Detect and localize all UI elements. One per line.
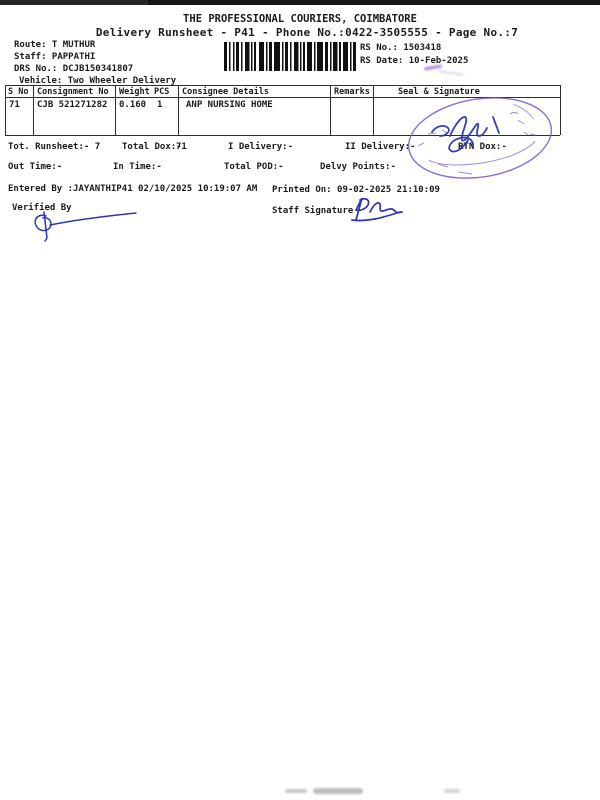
cell-consignment-no: CJB 521271282 [37,100,107,110]
delivery-runsheet-document: THE PROFESSIONAL COURIERS, COIMBATORE De… [0,0,600,800]
staff-signature-label: Staff Signature [272,206,353,216]
total-runsheet: Tot. Runsheet:- 7 [8,142,100,152]
total-dox-label: Total Dox:- [122,142,182,152]
barcode-icon [224,42,356,71]
page-title: THE PROFESSIONAL COURIERS, COIMBATORE [0,13,600,25]
i-delivery: I Delivery:- [228,142,293,152]
out-time: Out Time:- [8,162,62,172]
in-time: In Time:- [113,162,162,172]
table-border-v1 [5,85,6,135]
total-pod: Total POD:- [224,162,284,172]
table-border-v6 [373,85,374,135]
seal-stamp [398,92,562,188]
cell-sno: 71 [9,100,20,110]
table-border-v2 [33,85,34,135]
table-border-v4 [178,85,179,135]
cell-consignee: ANP NURSING HOME [186,100,273,110]
scan-edge-bar [0,0,600,5]
scan-smudge-2 [313,788,363,794]
drs-no-field: DRS No.: DCJB150341807 [14,64,133,74]
printed-on-field: Printed On: 09-02-2025 21:10:09 [272,185,440,195]
table-border-v3 [115,85,116,135]
staff-signature-mark [350,196,404,224]
scan-smudge-3 [444,789,460,793]
table-border-v5 [330,85,331,135]
entered-by-field: Entered By :JAYANTHIP41 02/10/2025 10:19… [8,184,257,194]
page-subtitle: Delivery Runsheet - P41 - Phone No.:0422… [0,26,600,39]
scan-smudge-1 [285,789,307,793]
col-header-sno: S No [8,87,28,97]
ink-smudge-faint [438,70,464,76]
rs-no-field: RS No.: 1503418 [360,43,441,53]
staff-field: Staff: PAPPATHI [14,52,95,62]
route-field: Route: T MUTHUR [14,40,95,50]
cell-pcs: 1 [157,100,162,110]
delvy-points: Delvy Points:- [320,162,396,172]
col-header-weight: Weight [119,87,150,97]
col-header-remarks: Remarks [334,87,370,97]
col-header-consignee: Consignee Details [182,87,269,97]
verified-signature [24,208,144,242]
total-dox-value: 71 [176,142,187,152]
table-border-top [5,85,560,86]
cell-weight: 0.160 [119,100,146,110]
rs-date-field: RS Date: 10-Feb-2025 [360,56,468,66]
col-header-pcs: PCS [154,87,169,97]
col-header-consignment: Consignment No [37,87,109,97]
